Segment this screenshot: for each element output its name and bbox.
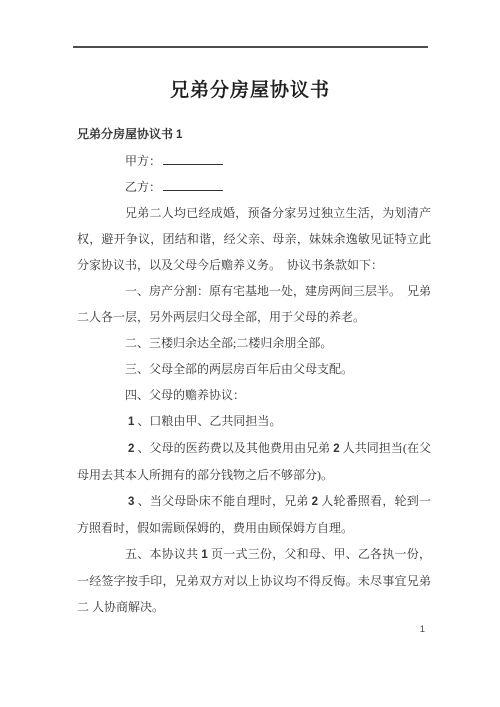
page-number: 1 bbox=[420, 624, 425, 636]
clause-3: 三、父母全部的两层房百年后由父母支配。 bbox=[77, 356, 431, 382]
clause-4-item-1: 1、口粮由甲、乙共同担当。 bbox=[77, 408, 431, 435]
document-title: 兄弟分房屋协议书 bbox=[0, 78, 500, 104]
paragraph-preamble: 兄弟二人均已经成婚，预备分家另过独立生活，为划清产权，避开争议，团结和谐，经父亲… bbox=[77, 200, 431, 278]
clause-5: 五、本协议共1页一式三份，父和母、甲、乙各执一份，一经签字按手印，兄弟双方对以上… bbox=[77, 541, 431, 620]
party-a-row: 甲方： bbox=[77, 148, 431, 174]
header-rule bbox=[73, 46, 428, 48]
document-body: 兄弟分房屋协议书1 甲方： 乙方： 兄弟二人均已经成婚，预备分家另过独立生活，为… bbox=[0, 121, 500, 620]
clause-4-item-2: 2、父母的医药费以及其他费用由兄弟2人共同担当(在父母用去其本人所拥有的部分钱物… bbox=[77, 435, 431, 488]
section-heading: 兄弟分房屋协议书1 bbox=[77, 121, 431, 148]
clause-1: 一、房产分割：原有宅基地一处，建房两间三层半。 兄弟二人各一层，另外两层归父母全… bbox=[77, 278, 431, 330]
party-b-blank-line bbox=[163, 177, 223, 191]
clause-4-item-3: 3、当父母卧床不能自理时，兄弟2人轮番照看，轮到一方照看时，假如需顾保姆的，费用… bbox=[77, 488, 431, 541]
party-a-blank-line bbox=[163, 151, 223, 165]
clause-2: 二、三楼归余达全部;二楼归余朋全部。 bbox=[77, 330, 431, 356]
document-page: 兄弟分房屋协议书 兄弟分房屋协议书1 甲方： 乙方： 兄弟二人均已经成婚，预备分… bbox=[0, 0, 500, 707]
clause-4: 四、父母的赡养协议： bbox=[77, 382, 431, 408]
party-b-row: 乙方： bbox=[77, 174, 431, 200]
party-a-label: 甲方： bbox=[125, 154, 161, 168]
party-b-label: 乙方： bbox=[125, 180, 161, 194]
